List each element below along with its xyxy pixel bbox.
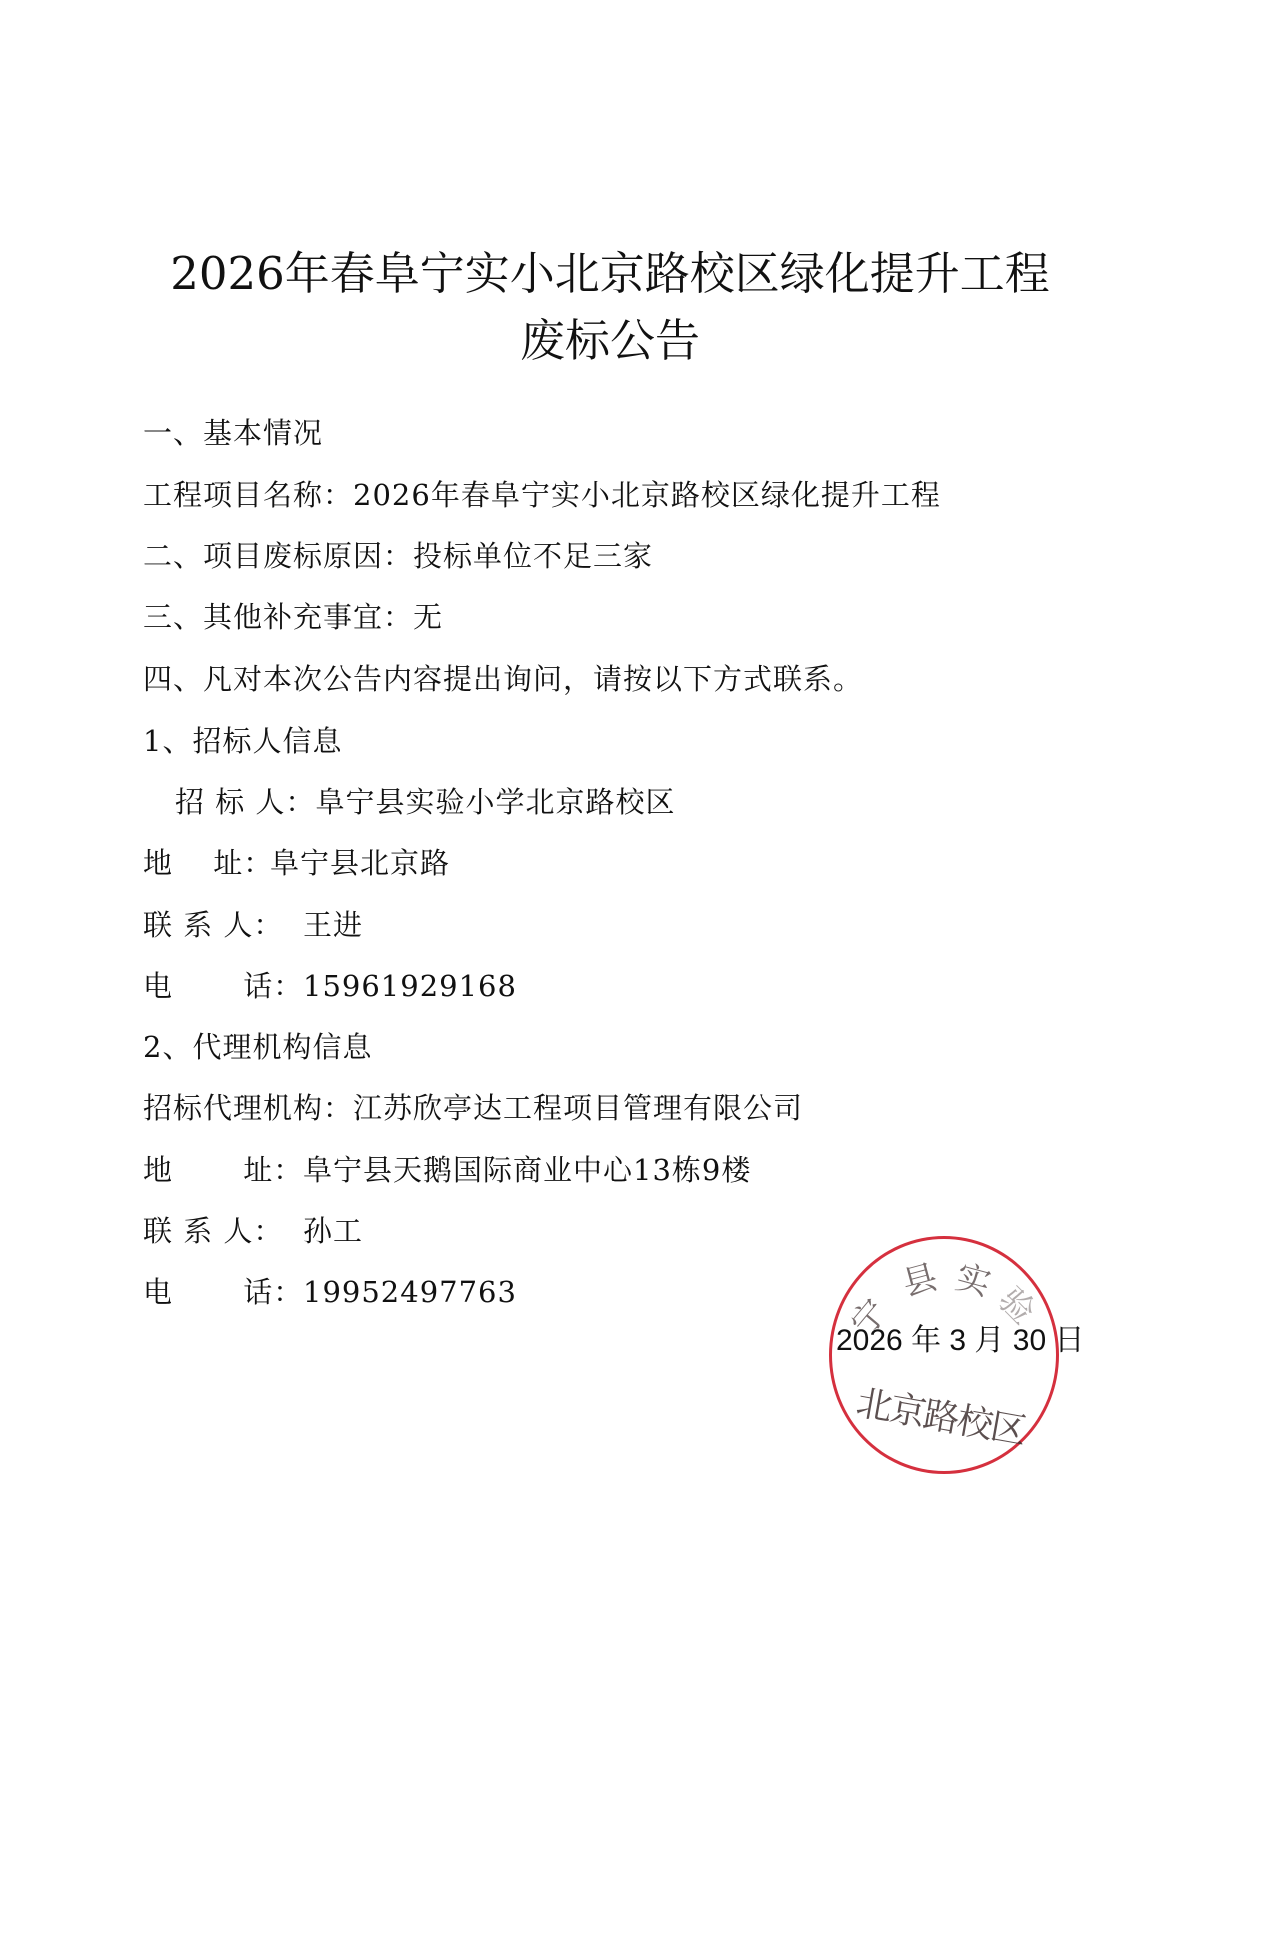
agency-info-heading: 2、代理机构信息 (143, 1033, 372, 1062)
agency-contact-label: 联 系 人： (143, 1217, 303, 1246)
tenderer-phone-value: 15961929168 (303, 969, 517, 1003)
announcement-date: 2026 年 3 月 30 日 (836, 1326, 1084, 1356)
tenderer-address-label: 地 址： (143, 849, 270, 878)
other-matters-label: 三、其他补充事宜： (143, 600, 413, 634)
agency-address-row: 地 址：阜宁县天鹅国际商业中心13栋9楼 (143, 1156, 751, 1185)
stamp-char-3: 实 (951, 1249, 997, 1305)
agency-contact-row: 联 系 人：孙工 (143, 1217, 363, 1246)
tenderer-name-label: 招 标 人： (175, 785, 315, 819)
announcement-page: 2026年春阜宁实小北京路校区绿化提升工程 废标公告 一、基本情况 工程项目名称… (0, 0, 1280, 1944)
tenderer-contact-label: 联 系 人： (143, 911, 303, 940)
agency-contact-value: 孙工 (303, 1214, 363, 1248)
agency-name-row: 招标代理机构：江苏欣亭达工程项目管理有限公司 (143, 1094, 803, 1123)
agency-address-label: 地 址： (143, 1156, 303, 1185)
other-matters-value: 无 (413, 600, 443, 634)
agency-phone-label: 电 话： (143, 1278, 303, 1307)
cancel-reason-label: 二、项目废标原因： (143, 539, 413, 573)
cancel-reason-value: 投标单位不足三家 (413, 539, 653, 573)
tenderer-info-heading: 1、招标人信息 (143, 727, 342, 756)
tenderer-name-row: 招 标 人：阜宁县实验小学北京路校区 (175, 788, 675, 817)
project-name-value: 2026年春阜宁实小北京路校区绿化提升工程 (353, 478, 941, 512)
document-title-line2: 废标公告 (0, 318, 1220, 363)
tenderer-phone-label: 电 话： (143, 972, 303, 1001)
project-name-row: 工程项目名称：2026年春阜宁实小北京路校区绿化提升工程 (143, 481, 941, 510)
project-name-label: 工程项目名称： (143, 478, 353, 512)
tenderer-name-value: 阜宁县实验小学北京路校区 (315, 785, 675, 819)
stamp-char-2: 县 (896, 1249, 942, 1305)
tenderer-contact-row: 联 系 人：王进 (143, 911, 363, 940)
tenderer-contact-value: 王进 (303, 908, 363, 942)
document-title-line1: 2026年春阜宁实小北京路校区绿化提升工程 (0, 251, 1220, 296)
tenderer-address-value: 阜宁县北京路 (270, 846, 450, 880)
section-basic-info-heading: 一、基本情况 (143, 419, 323, 448)
agency-phone-value: 19952497763 (303, 1275, 517, 1309)
stamp-bottom-text: 北京路校区 (853, 1375, 1029, 1455)
agency-address-value: 阜宁县天鹅国际商业中心13栋9楼 (303, 1153, 751, 1187)
tenderer-address-row: 地 址：阜宁县北京路 (143, 849, 450, 878)
cancel-reason-row: 二、项目废标原因：投标单位不足三家 (143, 542, 653, 571)
inquiry-instruction: 四、凡对本次公告内容提出询问，请按以下方式联系。 (143, 665, 863, 694)
tenderer-phone-row: 电 话：15961929168 (143, 972, 517, 1001)
agency-name-value: 江苏欣亭达工程项目管理有限公司 (353, 1091, 803, 1125)
other-matters-row: 三、其他补充事宜：无 (143, 603, 443, 632)
agency-name-label: 招标代理机构： (143, 1091, 353, 1125)
agency-phone-row: 电 话：19952497763 (143, 1278, 517, 1307)
